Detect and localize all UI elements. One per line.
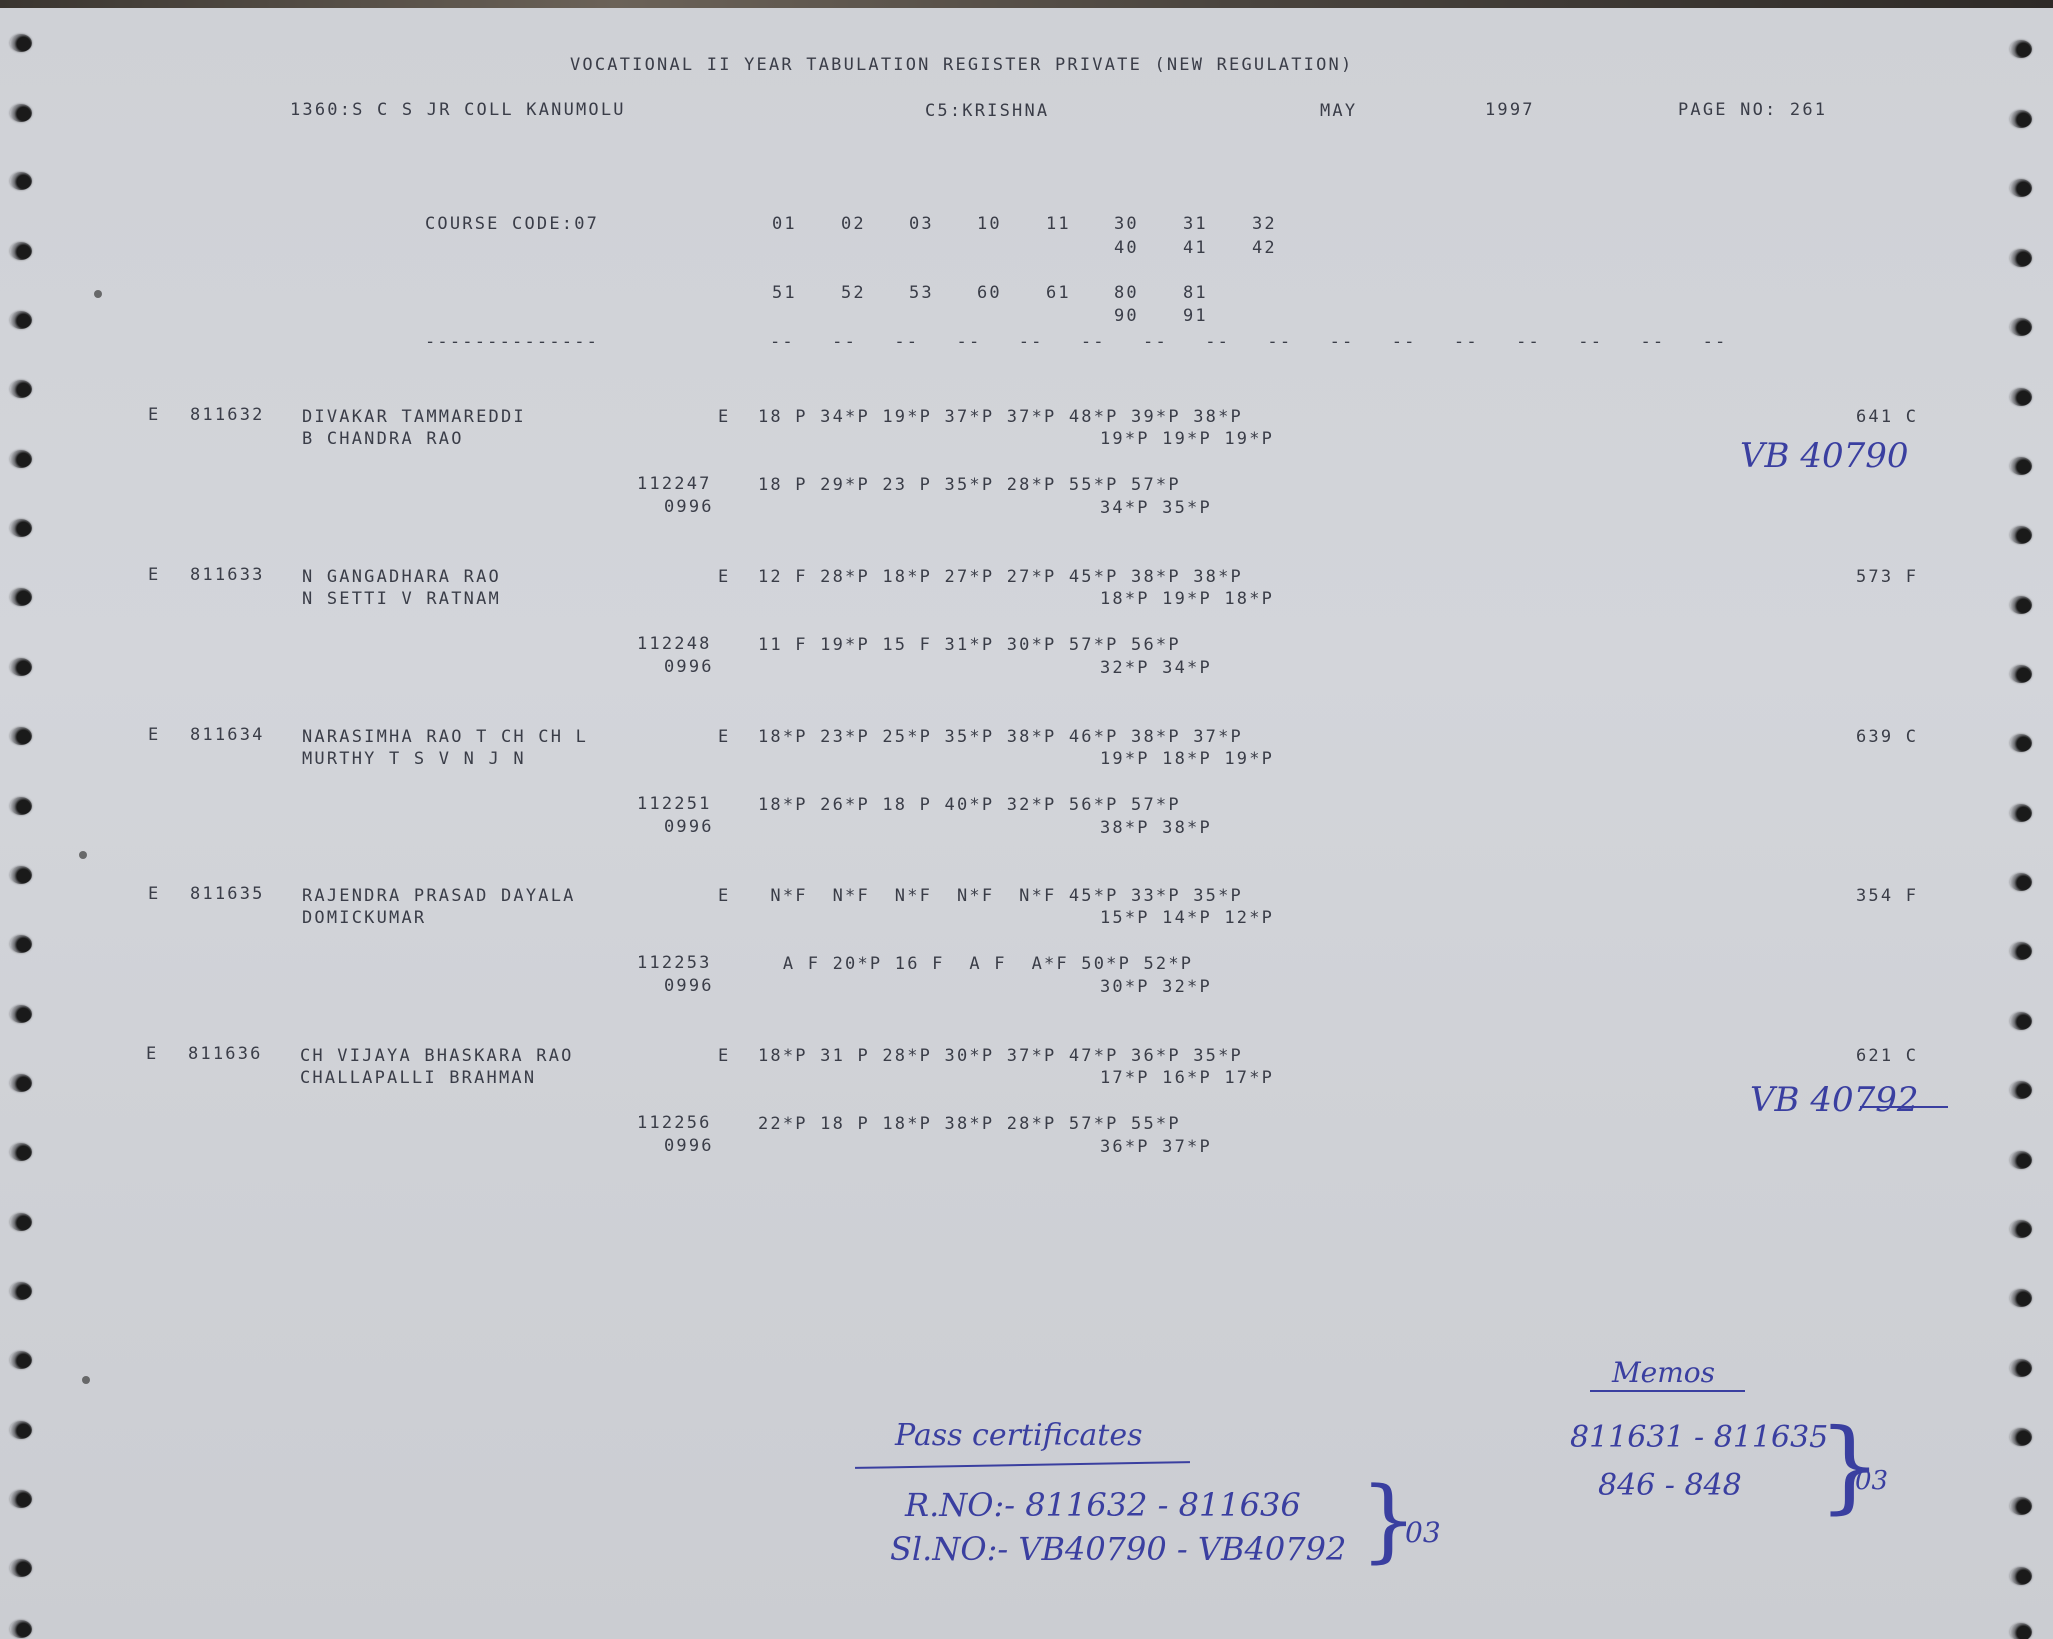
exam-flag: E (148, 884, 160, 904)
tractor-hole-icon (10, 242, 32, 260)
previous-marks-extra: 38*P 38*P (1100, 818, 1212, 838)
exam-flag: E (146, 1044, 158, 1064)
medium: E (718, 886, 730, 906)
roll-number: 811636 (188, 1044, 263, 1064)
student-name: NARASIMHA RAO T CH CH L (302, 727, 588, 747)
current-marks-extra: 19*P 18*P 19*P (1100, 749, 1274, 769)
tractor-hole-icon (10, 1421, 32, 1439)
subject-code: 10 (977, 214, 1002, 234)
tractor-hole-icon (2010, 665, 2032, 683)
tractor-hole-icon (10, 1282, 32, 1300)
tractor-hole-icon (2010, 1151, 2032, 1169)
previous-hall-ticket: 112247 (637, 474, 712, 494)
subject-code: 80 (1114, 283, 1139, 303)
separator-long: -------------- (425, 332, 599, 352)
tractor-hole-icon (2010, 457, 2032, 475)
tractor-hole-icon (10, 172, 32, 190)
tractor-hole-icon (2010, 596, 2032, 614)
previous-marks: 22*P 18 P 18*P 38*P 28*P 57*P 55*P (758, 1114, 1181, 1134)
total-result: 639 C (1856, 727, 1918, 747)
subject-code: 90 (1114, 306, 1139, 326)
roll-number: 811633 (190, 565, 265, 585)
current-marks: 12 F 28*P 18*P 27*P 27*P 45*P 38*P 38*P (758, 567, 1243, 587)
parent-name: B CHANDRA RAO (302, 429, 464, 449)
tractor-hole-icon (10, 34, 32, 52)
previous-marks: 11 F 19*P 15 F 31*P 30*P 57*P 56*P (758, 635, 1181, 655)
tractor-hole-icon (10, 866, 32, 884)
page-number: PAGE NO: 261 (1678, 100, 1827, 120)
parent-name: CHALLAPALLI BRAHMAN (300, 1068, 536, 1088)
subject-code: 60 (977, 283, 1002, 303)
subject-code: 61 (1046, 283, 1071, 303)
subject-code: 41 (1183, 238, 1208, 258)
tractor-hole-icon (2010, 1567, 2032, 1585)
current-marks: 18*P 23*P 25*P 35*P 38*P 46*P 38*P 37*P (758, 727, 1243, 747)
tractor-hole-icon (2010, 1428, 2032, 1446)
exam-flag: E (148, 565, 160, 585)
tractor-hole-icon (10, 1559, 32, 1577)
tractor-hole-icon (10, 1351, 32, 1369)
tractor-hole-icon (2010, 942, 2032, 960)
previous-marks: 18*P 26*P 18 P 40*P 32*P 56*P 57*P (758, 795, 1181, 815)
subject-code: 91 (1183, 306, 1208, 326)
previous-marks: 18 P 29*P 23 P 35*P 28*P 55*P 57*P (758, 475, 1181, 495)
medium: E (718, 407, 730, 427)
serial-number-range: Sl.NO:- VB40790 - VB40792 (890, 1530, 1346, 1568)
student-name: DIVAKAR TAMMAREDDI (302, 407, 526, 427)
tractor-hole-icon (2010, 1012, 2032, 1030)
subject-code: 52 (841, 283, 866, 303)
tractor-hole-icon (2010, 388, 2032, 406)
exam-month: MAY (1320, 101, 1357, 121)
tractor-hole-icon (10, 658, 32, 676)
memos-title: Memos (1612, 1356, 1715, 1389)
annotation-underline (1860, 1106, 1948, 1108)
tractor-hole-icon (2010, 1081, 2032, 1099)
student-name: RAJENDRA PRASAD DAYALA (302, 886, 576, 906)
ink-smudge (94, 290, 102, 298)
subject-code: 51 (772, 283, 797, 303)
roll-number-range: R.NO:- 811632 - 811636 (905, 1486, 1301, 1524)
previous-exam-code: 0996 (664, 497, 714, 517)
previous-marks-extra: 32*P 34*P (1100, 658, 1212, 678)
parent-name: N SETTI V RATNAM (302, 589, 501, 609)
tractor-hole-icon (10, 727, 32, 745)
previous-marks: A F 20*P 16 F A F A*F 50*P 52*P (758, 954, 1193, 974)
tractor-hole-icon (2010, 40, 2032, 58)
total-result: 573 F (1856, 567, 1918, 587)
tractor-hole-icon (10, 1143, 32, 1161)
pass-title-underline (855, 1461, 1190, 1469)
exam-flag: E (148, 725, 160, 745)
tractor-hole-icon (10, 1213, 32, 1231)
previous-exam-code: 0996 (664, 976, 714, 996)
tractor-hole-icon (2010, 1623, 2032, 1639)
certificate-serial-annotation: VB 40792 (1750, 1080, 1919, 1120)
roll-number: 811635 (190, 884, 265, 904)
memo-count: 03 (1855, 1466, 1888, 1496)
current-marks-extra: 15*P 14*P 12*P (1100, 908, 1274, 928)
tractor-hole-icon (10, 1620, 32, 1638)
ink-smudge (79, 851, 87, 859)
tractor-hole-icon (2010, 873, 2032, 891)
subject-code: 01 (772, 214, 797, 234)
exam-year: 1997 (1485, 100, 1535, 120)
register-title: VOCATIONAL II YEAR TABULATION REGISTER P… (570, 55, 1353, 75)
previous-exam-code: 0996 (664, 1136, 714, 1156)
tractor-hole-icon (10, 588, 32, 606)
tabulation-register-sheet: VOCATIONAL II YEAR TABULATION REGISTER P… (0, 8, 2053, 1639)
tractor-hole-icon (2010, 1497, 2032, 1515)
district-name: C5:KRISHNA (925, 101, 1049, 121)
subject-code: 30 (1114, 214, 1139, 234)
tractor-hole-icon (2010, 179, 2032, 197)
tractor-hole-icon (10, 935, 32, 953)
subject-code: 03 (909, 214, 934, 234)
tractor-hole-icon (10, 104, 32, 122)
memo-serial-range: 846 - 848 (1598, 1468, 1742, 1503)
memo-roll-range: 811631 - 811635 (1570, 1420, 1828, 1455)
student-name: CH VIJAYA BHASKARA RAO (300, 1046, 574, 1066)
subject-code: 53 (909, 283, 934, 303)
ink-smudge (82, 1376, 90, 1384)
current-marks-extra: 17*P 16*P 17*P (1100, 1068, 1274, 1088)
college-name: 1360:S C S JR COLL KANUMOLU (290, 100, 626, 120)
tractor-hole-icon (10, 1005, 32, 1023)
total-result: 621 C (1856, 1046, 1918, 1066)
subject-code: 31 (1183, 214, 1208, 234)
tractor-hole-icon (10, 380, 32, 398)
tractor-hole-icon (2010, 1289, 2032, 1307)
medium: E (718, 727, 730, 747)
tractor-hole-icon (2010, 1359, 2032, 1377)
certificate-serial-annotation: VB 40790 (1740, 436, 1909, 476)
tractor-hole-icon (10, 519, 32, 537)
tractor-hole-icon (2010, 318, 2032, 336)
subject-code: 32 (1252, 214, 1277, 234)
separator-dashes: -- -- -- -- -- -- -- -- -- -- -- -- -- -… (770, 332, 1727, 352)
current-marks: N*F N*F N*F N*F N*F 45*P 33*P 35*P (758, 886, 1243, 906)
tractor-hole-icon (2010, 110, 2032, 128)
tractor-hole-icon (10, 450, 32, 468)
parent-name: DOMICKUMAR (302, 908, 426, 928)
medium: E (718, 1046, 730, 1066)
tractor-hole-icon (10, 797, 32, 815)
pass-count: 03 (1405, 1516, 1441, 1549)
subject-code: 81 (1183, 283, 1208, 303)
subject-code: 42 (1252, 238, 1277, 258)
tractor-hole-icon (2010, 804, 2032, 822)
tractor-hole-icon (10, 1490, 32, 1508)
tractor-hole-icon (10, 1074, 32, 1092)
current-marks: 18 P 34*P 19*P 37*P 37*P 48*P 39*P 38*P (758, 407, 1243, 427)
tractor-hole-icon (2010, 526, 2032, 544)
tractor-hole-icon (2010, 249, 2032, 267)
previous-exam-code: 0996 (664, 657, 714, 677)
current-marks: 18*P 31 P 28*P 30*P 37*P 47*P 36*P 35*P (758, 1046, 1243, 1066)
exam-flag: E (148, 405, 160, 425)
previous-exam-code: 0996 (664, 817, 714, 837)
previous-hall-ticket: 112248 (637, 634, 712, 654)
roll-number: 811632 (190, 405, 265, 425)
student-name: N GANGADHARA RAO (302, 567, 501, 587)
total-result: 641 C (1856, 407, 1918, 427)
roll-number: 811634 (190, 725, 265, 745)
subject-code: 11 (1046, 214, 1071, 234)
previous-marks-extra: 34*P 35*P (1100, 498, 1212, 518)
parent-name: MURTHY T S V N J N (302, 749, 526, 769)
subject-code: 02 (841, 214, 866, 234)
previous-hall-ticket: 112253 (637, 953, 712, 973)
current-marks-extra: 19*P 19*P 19*P (1100, 429, 1274, 449)
previous-marks-extra: 30*P 32*P (1100, 977, 1212, 997)
medium: E (718, 567, 730, 587)
total-result: 354 F (1856, 886, 1918, 906)
memos-title-underline (1590, 1390, 1745, 1392)
tractor-hole-icon (2010, 1220, 2032, 1238)
pass-certificates-title: Pass certificates (895, 1418, 1143, 1453)
previous-hall-ticket: 112251 (637, 794, 712, 814)
tractor-hole-icon (10, 311, 32, 329)
course-code-label: COURSE CODE:07 (425, 214, 599, 234)
subject-code: 40 (1114, 238, 1139, 258)
tractor-hole-icon (2010, 734, 2032, 752)
previous-hall-ticket: 112256 (637, 1113, 712, 1133)
current-marks-extra: 18*P 19*P 18*P (1100, 589, 1274, 609)
previous-marks-extra: 36*P 37*P (1100, 1137, 1212, 1157)
